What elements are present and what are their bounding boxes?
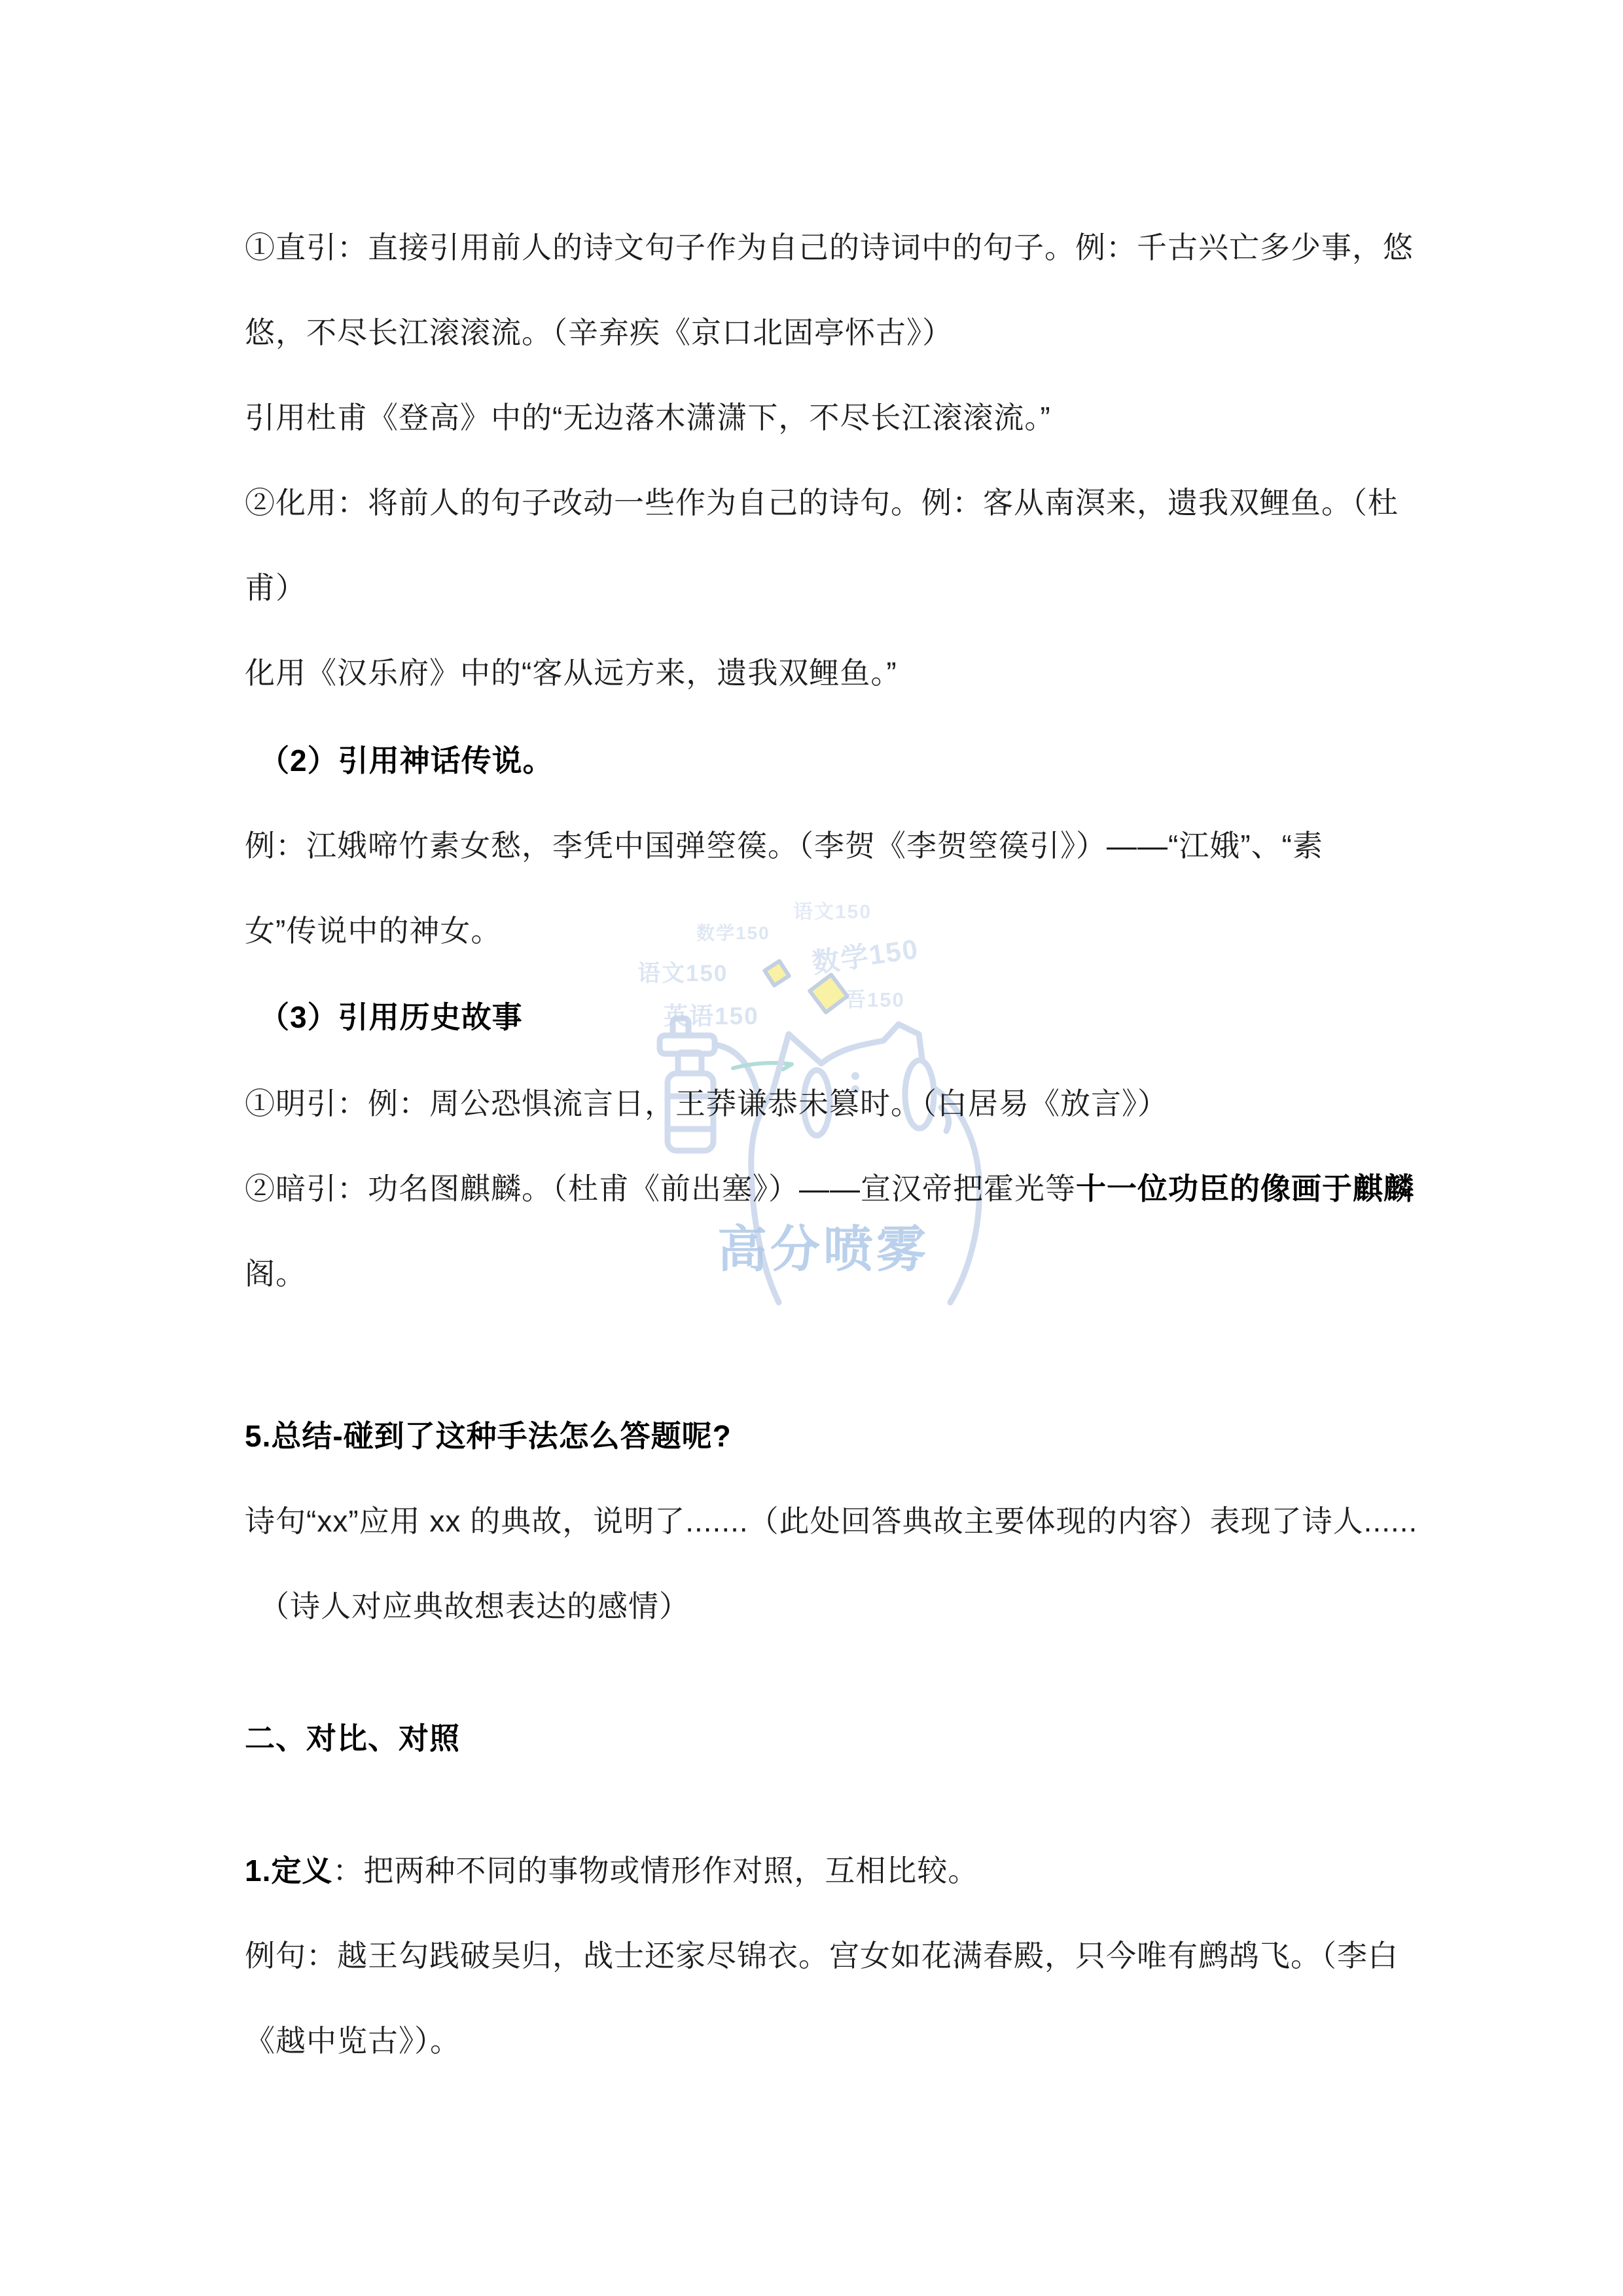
text-segment: 女”传说中的神女。 [245,914,501,948]
text-segment: 例：江娥啼竹素女愁，李凭中国弹箜篌。（李贺《李贺箜篌引》）——“江娥”、“素 [245,829,1323,863]
text-segment: 阁。 [245,1257,306,1291]
text-line: （3）引用历史故事 [259,1000,523,1035]
text-segment: 5.总结-碰到了这种手法怎么答题呢? [245,1419,732,1453]
text-line: 二、对比、对照 [245,1721,460,1756]
text-segment: 十一位功臣的像画于麒麟 [1076,1172,1414,1206]
text-line: 阁。 [245,1257,306,1291]
text-segment: ②化用：将前人的句子改动一些作为自己的诗句。例：客从南溟来，遗我双鲤鱼。（杜 [245,486,1399,520]
text-line: （诗人对应典故想表达的感情） [259,1589,690,1624]
text-line: 化用《汉乐府》中的“客从远方来，遗我双鲤鱼。” [245,656,897,691]
text-segment: ①明引：例：周公恐惧流言日，王莽谦恭未篡时。（白居易《放言》） [245,1086,1168,1121]
text-line: 诗句“xx”应用 xx 的典故，说明了.......（此处回答典故主要体现的内容… [245,1504,1418,1539]
text-line: 甫） [245,571,306,605]
text-segment: 《越中览古》）。 [245,2024,461,2058]
document-text: ①直引：直接引用前人的诗文句子作为自己的诗词中的句子。例：千古兴亡多少事，悠悠，… [0,0,1623,2296]
text-segment: ②暗引：功名图麒麟。（杜甫《前出塞》）——宣汉帝把霍光等 [245,1172,1076,1206]
text-line: ②化用：将前人的句子改动一些作为自己的诗句。例：客从南溟来，遗我双鲤鱼。（杜 [245,486,1399,520]
text-line: 女”传说中的神女。 [245,914,501,948]
text-segment: 1.定义 [245,1854,332,1888]
text-segment: 例句：越王勾践破吴归，战士还家尽锦衣。宫女如花满春殿，只今唯有鹧鸪飞。（李白 [245,1939,1399,1973]
text-line: 例：江娥啼竹素女愁，李凭中国弹箜篌。（李贺《李贺箜篌引》）——“江娥”、“素 [245,829,1323,863]
text-segment: 引用杜甫《登高》中的“无边落木潇潇下，不尽长江滚滚流。” [245,401,1051,435]
document-page: 语文150数学150数学150语文150吾150英语150 [0,0,1623,2296]
text-line: 5.总结-碰到了这种手法怎么答题呢? [245,1419,732,1454]
text-line: （2）引用神话传说。 [259,744,554,778]
text-line: 悠，不尽长江滚滚流。（辛弃疾《京口北固亭怀古》） [245,315,953,350]
text-segment: （2）引用神话传说。 [259,744,554,778]
text-line: 引用杜甫《登高》中的“无边落木潇潇下，不尽长江滚滚流。” [245,401,1051,435]
text-segment: 化用《汉乐府》中的“客从远方来，遗我双鲤鱼。” [245,656,897,690]
text-segment: （3）引用历史故事 [259,1000,523,1034]
text-line: 1.定义：把两种不同的事物或情形作对照，互相比较。 [245,1854,978,1888]
text-line: ②暗引：功名图麒麟。（杜甫《前出塞》）——宣汉帝把霍光等十一位功臣的像画于麒麟 [245,1172,1414,1206]
text-segment: ：把两种不同的事物或情形作对照，互相比较。 [332,1854,978,1888]
text-segment: （诗人对应典故想表达的感情） [259,1589,690,1623]
text-segment: 悠，不尽长江滚滚流。（辛弃疾《京口北固亭怀古》） [245,315,953,350]
text-line: 例句：越王勾践破吴归，战士还家尽锦衣。宫女如花满春殿，只今唯有鹧鸪飞。（李白 [245,1939,1399,1973]
text-segment: ①直引：直接引用前人的诗文句子作为自己的诗词中的句子。例：千古兴亡多少事，悠 [245,230,1414,264]
text-line: ①明引：例：周公恐惧流言日，王莽谦恭未篡时。（白居易《放言》） [245,1086,1168,1121]
text-segment: 二、对比、对照 [245,1721,460,1755]
text-segment: 甫） [245,571,306,605]
text-segment: 诗句“xx”应用 xx 的典故，说明了.......（此处回答典故主要体现的内容… [245,1504,1418,1538]
text-line: ①直引：直接引用前人的诗文句子作为自己的诗词中的句子。例：千古兴亡多少事，悠 [245,230,1414,265]
text-line: 《越中览古》）。 [245,2024,461,2058]
